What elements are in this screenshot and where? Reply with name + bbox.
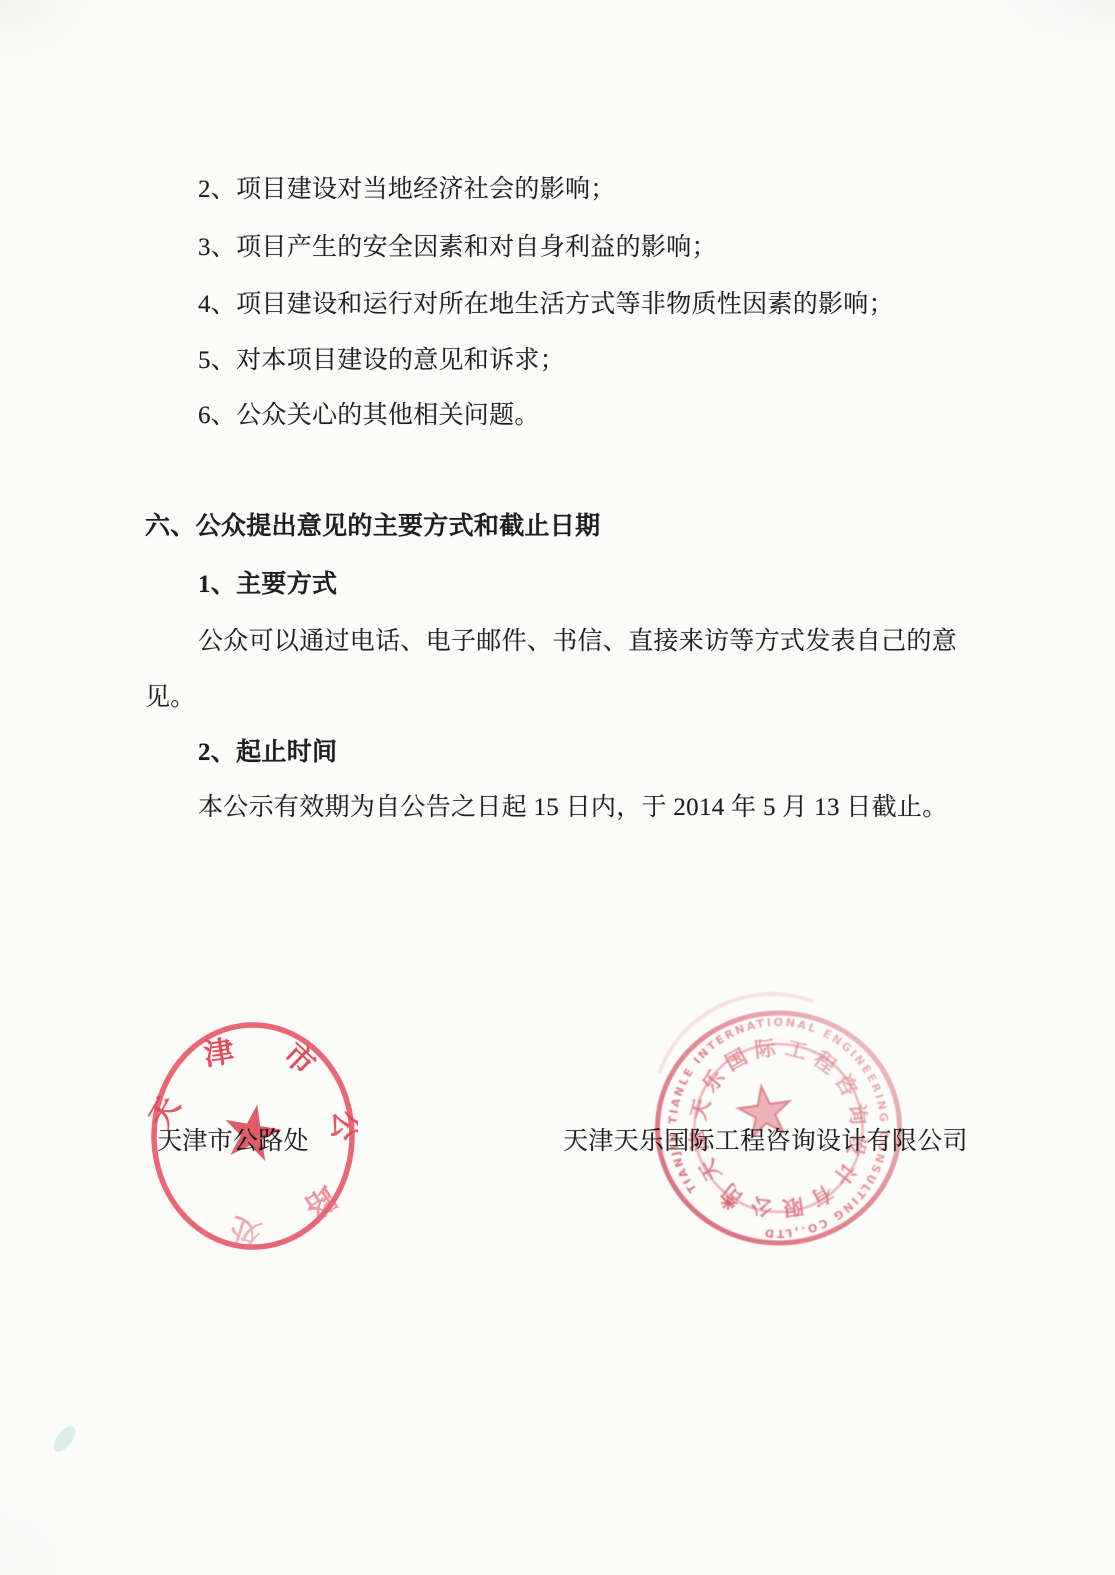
official-stamp-right: TIANJIN TIANLE INTERNATIONAL ENGINEERING… [650, 975, 908, 1260]
section-heading: 六、公众提出意见的主要方式和截止日期 [145, 509, 600, 545]
list-item-6: 6、公众关心的其他相关问题。 [198, 398, 540, 434]
paragraph-line-2: 见。 [145, 680, 196, 716]
star-icon [736, 1083, 794, 1138]
asterisk-star-icon [721, 1196, 735, 1210]
official-stamp-left: 天津市公路处 [148, 1018, 358, 1254]
paragraph-line-1: 公众可以通过电话、电子邮件、书信、直接来访等方式发表自己的意 [198, 624, 957, 660]
star-icon [220, 1100, 286, 1163]
list-item-4: 4、项目建设和运行对所在地生活方式等非物质性因素的影响； [198, 287, 894, 323]
list-item-3: 3、项目产生的安全因素和对自身利益的影响； [198, 230, 717, 266]
document-page: 2、项目建设对当地经济社会的影响； 3、项目产生的安全因素和对自身利益的影响； … [0, 0, 1115, 1575]
scan-smudge [49, 1423, 79, 1456]
sub-heading-2: 2、起止时间 [198, 735, 337, 771]
list-item-5: 5、对本项目建设的意见和诉求； [198, 343, 565, 379]
sub-heading-1: 1、主要方式 [198, 567, 337, 603]
deadline-line: 本公示有效期为自公告之日起 15 日内，于 2014 年 5 月 13 日截止。 [198, 790, 948, 826]
list-item-2: 2、项目建设对当地经济社会的影响； [198, 172, 616, 208]
